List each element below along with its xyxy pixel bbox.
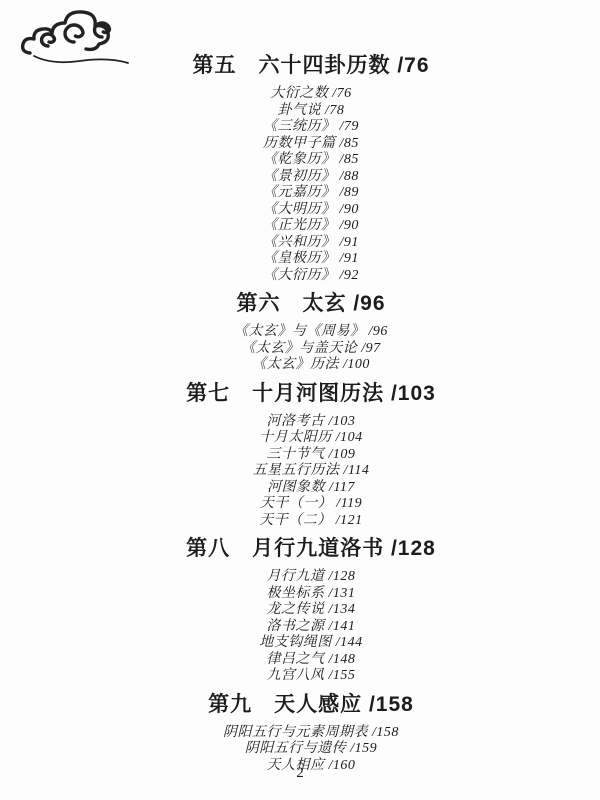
toc-item: 《乾象历》 /85 [22,152,600,169]
toc-item: 《兴和历》 /91 [22,235,600,252]
chapter-section-7: 第七 十月河图历法 /103 河洛考古 /103 十月太阳历 /104 三十节气… [22,382,600,530]
toc-item: 龙之传说 /134 [22,602,600,619]
chapter-heading: 第七 十月河图历法 /103 [22,382,600,405]
toc-item: 天干（一） /119 [22,496,600,513]
table-of-contents: 第五 六十四卦历数 /76 大衍之数 /76 卦气说 /78 《三统历》 /79… [0,54,600,778]
toc-item: 《大明历》 /90 [22,202,600,219]
toc-item: 月行九道 /128 [22,569,600,586]
toc-item: 极坐标系 /131 [22,586,600,603]
toc-item: 阴阳五行与遗传 /159 [22,741,600,758]
toc-item: 三十节气 /109 [22,447,600,464]
toc-item: 天干（二） /121 [22,513,600,530]
chapter-section-8: 第八 月行九道洛书 /128 月行九道 /128 极坐标系 /131 龙之传说 … [22,537,600,685]
toc-item: 九宫八风 /155 [22,668,600,685]
toc-item: 《太玄》历法 /100 [22,357,600,374]
toc-item: 《景初历》 /88 [22,169,600,186]
toc-item: 五星五行历法 /114 [22,463,600,480]
toc-item: 地支钩绳图 /144 [22,635,600,652]
toc-item: 《皇极历》 /91 [22,251,600,268]
toc-item: 《太玄》与盖天论 /97 [22,341,600,358]
chapter-heading: 第八 月行九道洛书 /128 [22,537,600,560]
chapter-heading: 第六 太玄 /96 [22,292,600,315]
chapter-section-6: 第六 太玄 /96 《太玄》与《周易》 /96 《太玄》与盖天论 /97 《太玄… [22,292,600,374]
toc-item: 《大衍历》 /92 [22,268,600,285]
toc-item: 《太玄》与《周易》 /96 [22,324,600,341]
chapter-heading: 第九 天人感应 /158 [22,693,600,716]
toc-item: 历数甲子篇 /85 [22,136,600,153]
toc-item: 河洛考古 /103 [22,414,600,431]
book-page: 第五 六十四卦历数 /76 大衍之数 /76 卦气说 /78 《三统历》 /79… [0,0,600,800]
toc-item: 阴阳五行与元素周期表 /158 [22,725,600,742]
toc-item: 《三统历》 /79 [22,119,600,136]
page-number: 2 [0,765,600,782]
chapter-section-5: 第五 六十四卦历数 /76 大衍之数 /76 卦气说 /78 《三统历》 /79… [22,54,600,284]
toc-item: 《元嘉历》 /89 [22,185,600,202]
toc-item: 《正光历》 /90 [22,218,600,235]
toc-item: 卦气说 /78 [22,103,600,120]
toc-item: 河图象数 /117 [22,480,600,497]
toc-item: 大衍之数 /76 [22,86,600,103]
toc-item: 十月太阳历 /104 [22,430,600,447]
chapter-heading: 第五 六十四卦历数 /76 [22,54,600,77]
toc-item: 律吕之气 /148 [22,652,600,669]
chapter-section-9: 第九 天人感应 /158 阴阳五行与元素周期表 /158 阴阳五行与遗传 /15… [22,693,600,775]
toc-item: 洛书之源 /141 [22,619,600,636]
